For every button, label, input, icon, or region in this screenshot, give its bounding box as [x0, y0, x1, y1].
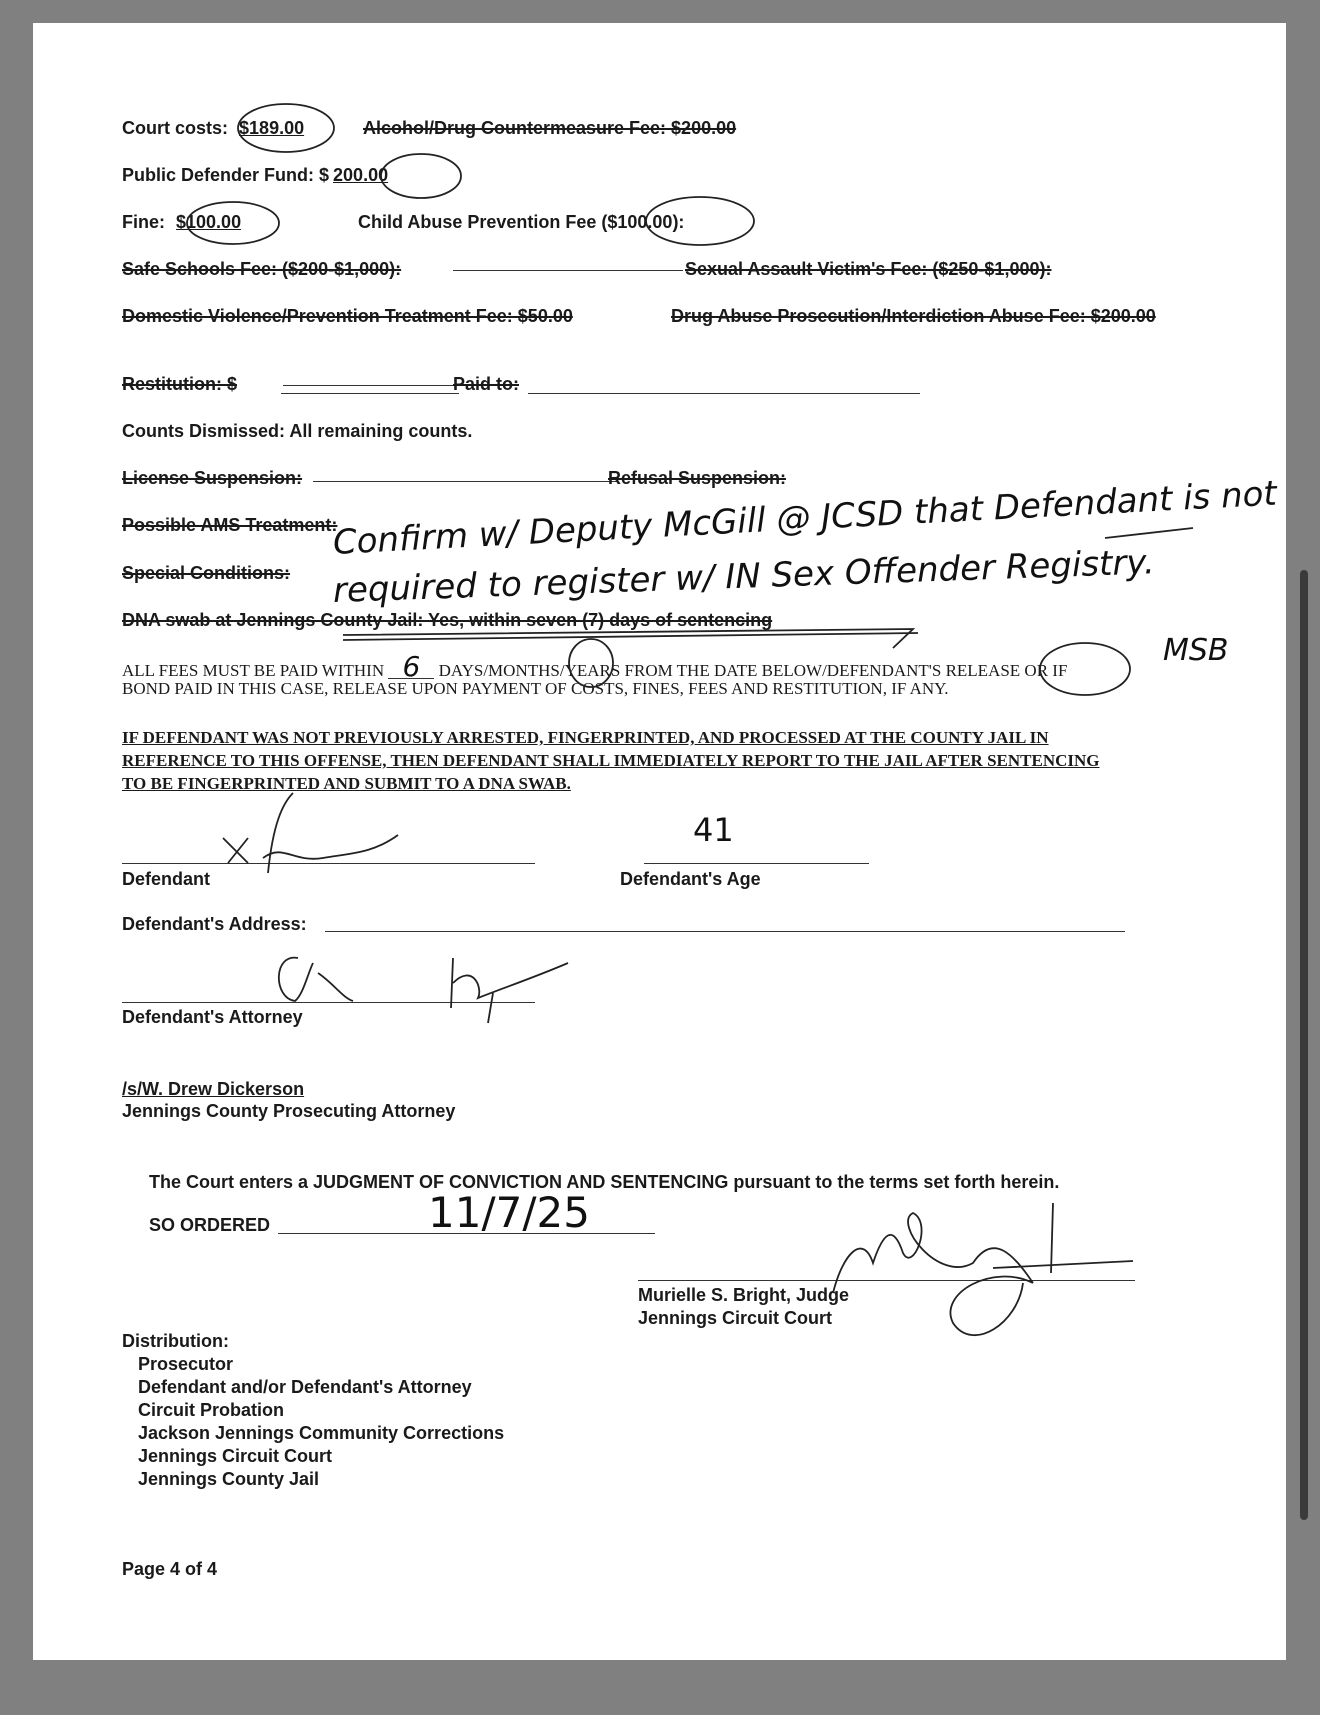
fees-deadline-text-b: DAYS/MONTHS/YEARS FROM THE DATE BELOW/DE…	[439, 661, 1068, 680]
defendant-address-label: Defendant's Address:	[122, 914, 307, 935]
fine-label: Fine:	[122, 212, 165, 232]
distribution-item: Circuit Probation	[138, 1400, 284, 1421]
defendant-label: Defendant	[122, 869, 210, 890]
so-ordered-label: SO ORDERED	[149, 1215, 270, 1236]
underline-mark	[343, 629, 913, 648]
defendant-age-label: Defendant's Age	[620, 869, 761, 890]
child-abuse-fee: Child Abuse Prevention Fee ($100.00):	[358, 212, 684, 233]
refusal-suspension: Refusal Suspension:	[608, 468, 786, 489]
judgment-statement: The Court enters a JUDGMENT OF CONVICTIO…	[149, 1172, 1059, 1193]
sexual-assault-fee: Sexual Assault Victim's Fee: ($250-$1,00…	[685, 259, 1051, 280]
defendant-signature-line	[122, 863, 535, 864]
attorney-signature	[279, 958, 568, 1023]
defendant-age-value: 41	[693, 811, 734, 849]
fees-deadline-line2: BOND PAID IN THIS CASE, RELEASE UPON PAY…	[122, 679, 949, 699]
public-defender-row: Public Defender Fund: $200.00	[122, 165, 388, 186]
defendant-address-line	[325, 931, 1125, 932]
judge-signature	[833, 1203, 1133, 1335]
order-date-handwritten: 11/7/25	[428, 1188, 590, 1237]
defendant-age-line	[644, 863, 869, 864]
domestic-violence-fee: Domestic Violence/Prevention Treatment F…	[122, 306, 573, 327]
underline-mark	[1105, 528, 1193, 538]
fine-row: Fine: $100.00	[122, 212, 241, 233]
judge-initials: MSB	[1163, 633, 1229, 668]
license-suspension: License Suspension:	[122, 468, 302, 489]
judge-signature-line	[638, 1280, 1135, 1281]
distribution-item: Prosecutor	[138, 1354, 233, 1375]
court-costs-row: Court costs: $189.00	[122, 118, 304, 139]
paid-to-field-line	[528, 393, 920, 394]
document-viewer: Court costs: $189.00 Alcohol/Drug Counte…	[0, 0, 1320, 1715]
restitution-label: Restitution: $	[122, 374, 237, 395]
document-page: Court costs: $189.00 Alcohol/Drug Counte…	[33, 23, 1286, 1660]
fees-deadline-value: 6	[388, 656, 434, 679]
alcohol-fee: Alcohol/Drug Countermeasure Fee: $200.00	[363, 118, 736, 139]
court-costs-label: Court costs:	[122, 118, 228, 138]
restitution-field-line	[281, 393, 459, 394]
distribution-item: Defendant and/or Defendant's Attorney	[138, 1377, 472, 1398]
defendant-signature	[223, 793, 398, 873]
strike-rule	[313, 481, 618, 482]
safe-schools-fee: Safe Schools Fee: ($200-$1,000):	[122, 259, 401, 280]
circle-mark	[381, 154, 461, 198]
drug-abuse-fee: Drug Abuse Prosecution/Interdiction Abus…	[671, 306, 1156, 327]
ams-treatment: Possible AMS Treatment:	[122, 515, 337, 536]
prosecutor-title: Jennings County Prosecuting Attorney	[122, 1101, 455, 1122]
notice-line2: REFERENCE TO THIS OFFENSE, THEN DEFENDAN…	[122, 751, 1099, 771]
counts-dismissed: Counts Dismissed: All remaining counts.	[122, 421, 472, 442]
distribution-label: Distribution:	[122, 1331, 229, 1352]
dna-swab: DNA swab at Jennings County Jail: Yes, w…	[122, 610, 772, 631]
vertical-scrollbar[interactable]	[1300, 570, 1308, 1520]
special-conditions-label: Special Conditions:	[122, 563, 290, 584]
paid-to-label: Paid to:	[453, 374, 519, 395]
attorney-signature-line	[122, 1002, 535, 1003]
notice-line3: TO BE FINGERPRINTED AND SUBMIT TO A DNA …	[122, 774, 571, 794]
notice-line1: IF DEFENDANT WAS NOT PREVIOUSLY ARRESTED…	[122, 728, 1049, 748]
fine-value: $100.00	[176, 212, 241, 232]
court-name: Jennings Circuit Court	[638, 1308, 832, 1329]
court-costs-value: $189.00	[239, 118, 304, 138]
prosecutor-signature: /s/W. Drew Dickerson	[122, 1079, 304, 1100]
judge-name: Murielle S. Bright, Judge	[638, 1285, 849, 1306]
fees-deadline-line1: ALL FEES MUST BE PAID WITHIN 6 DAYS/MONT…	[122, 656, 1067, 681]
distribution-item: Jennings Circuit Court	[138, 1446, 332, 1467]
public-defender-value: 200.00	[333, 165, 388, 185]
public-defender-label: Public Defender Fund: $	[122, 165, 329, 185]
fees-deadline-text-a: ALL FEES MUST BE PAID WITHIN	[122, 661, 384, 680]
defendant-attorney-label: Defendant's Attorney	[122, 1007, 303, 1028]
strike-rule	[453, 270, 683, 271]
distribution-item: Jennings County Jail	[138, 1469, 319, 1490]
underline-mark	[343, 633, 918, 640]
distribution-item: Jackson Jennings Community Corrections	[138, 1423, 504, 1444]
page-indicator: Page 4 of 4	[122, 1559, 217, 1580]
